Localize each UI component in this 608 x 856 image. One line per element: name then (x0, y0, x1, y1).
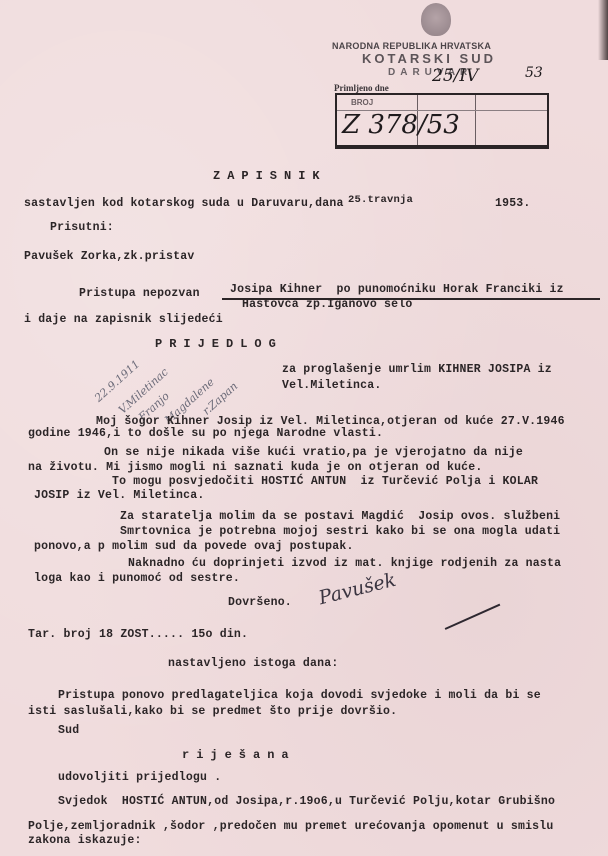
proposal-line-2: Vel.Miletinca. (282, 379, 381, 392)
stamp-received-year: 53 (525, 65, 543, 81)
states-line: i daje na zapisnik slijedeći (24, 313, 223, 326)
continued-paragraph-line: Pristupa ponovo predlagateljica koja dov… (58, 689, 541, 702)
stamp-received-label: Primljeno dne (334, 83, 389, 93)
completed-label: Dovršeno. (228, 596, 292, 609)
witness-line: zakona iskazuje: (28, 834, 142, 847)
present-name: Pavušek Zorka,zk.pristav (24, 250, 194, 263)
paragraph-line: Naknadno ću doprinjeti izvod iz mat. knj… (128, 557, 561, 570)
proposal-line-1: za proglašenje umrlim KIHNER JOSIPA iz (282, 363, 552, 376)
paragraph-line: na životu. Mi jismo mogli ni saznati kud… (28, 461, 482, 474)
witness-line: Polje,zemljoradnik ,šodor ,predočen mu p… (28, 820, 553, 833)
appears-person: Josipa Kihner po punomoćniku Horak Franc… (230, 283, 564, 296)
stamp-number-label: BROJ (351, 98, 373, 107)
decided-heading: riješana (182, 748, 296, 762)
paragraph-line: godine 1946,i to došle su po njega Narod… (28, 427, 383, 440)
proposal-heading: PRIJEDLOG (155, 337, 283, 351)
paragraph-line: ponovo,a p molim sud da povede ovaj post… (34, 540, 354, 553)
composed-line: sastavljen kod kotarskog suda u Daruvaru… (24, 197, 344, 210)
continued-paragraph-line: isti saslušali,kako bi se predmet što pr… (28, 705, 397, 718)
document-date: 25.travnja (348, 194, 413, 206)
document-title: ZAPISNIK (213, 169, 327, 183)
tariff-line: Tar. broj 18 ZOST..... 15o din. (28, 628, 248, 641)
stamp-received-date: 25/IV (432, 66, 478, 86)
scan-edge-shadow (598, 0, 608, 60)
appears-place: Hastovca zp.Iganovo selo (242, 298, 412, 311)
clerk-signature: Pavušek (317, 569, 399, 609)
stamp-line-republic: NARODNA REPUBLIKA HRVATSKA (332, 41, 491, 51)
stamp-box-divider (475, 95, 476, 145)
paragraph-line: Smrtovnica je potrebna mojoj sestri kako… (120, 525, 560, 538)
paragraph-line: JOSIP iz Vel. Miletinca. (34, 489, 204, 502)
paragraph-line: Za staratelja molim da se postavi Magdić… (120, 510, 560, 523)
present-label: Prisutni: (50, 221, 114, 234)
signature-flourish (445, 604, 500, 630)
case-number: Z 378/53 (342, 110, 460, 140)
coat-of-arms-emblem-icon (421, 3, 451, 36)
document-year: 1953. (495, 197, 531, 210)
stamp-line-court: KOTARSKI SUD (362, 51, 496, 66)
paragraph-line: loga kao i punomoć od sestre. (34, 572, 240, 585)
continued-line: nastavljeno istoga dana: (168, 657, 338, 670)
paragraph-line: On se nije nikada više kući vratio,pa je… (104, 446, 523, 459)
court-label: Sud (58, 724, 79, 737)
grant-line: udovoljiti prijedlogu . (58, 771, 221, 784)
document-page: NARODNA REPUBLIKA HRVATSKA KOTARSKI SUD … (0, 0, 608, 856)
paragraph-line: To mogu posvjedočiti HOSTIĆ ANTUN iz Tur… (112, 475, 538, 488)
witness-line: Svjedok HOSTIĆ ANTUN,od Josipa,r.19o6,u … (58, 795, 555, 808)
appears-prefix: Pristupa nepozvan (79, 287, 200, 300)
